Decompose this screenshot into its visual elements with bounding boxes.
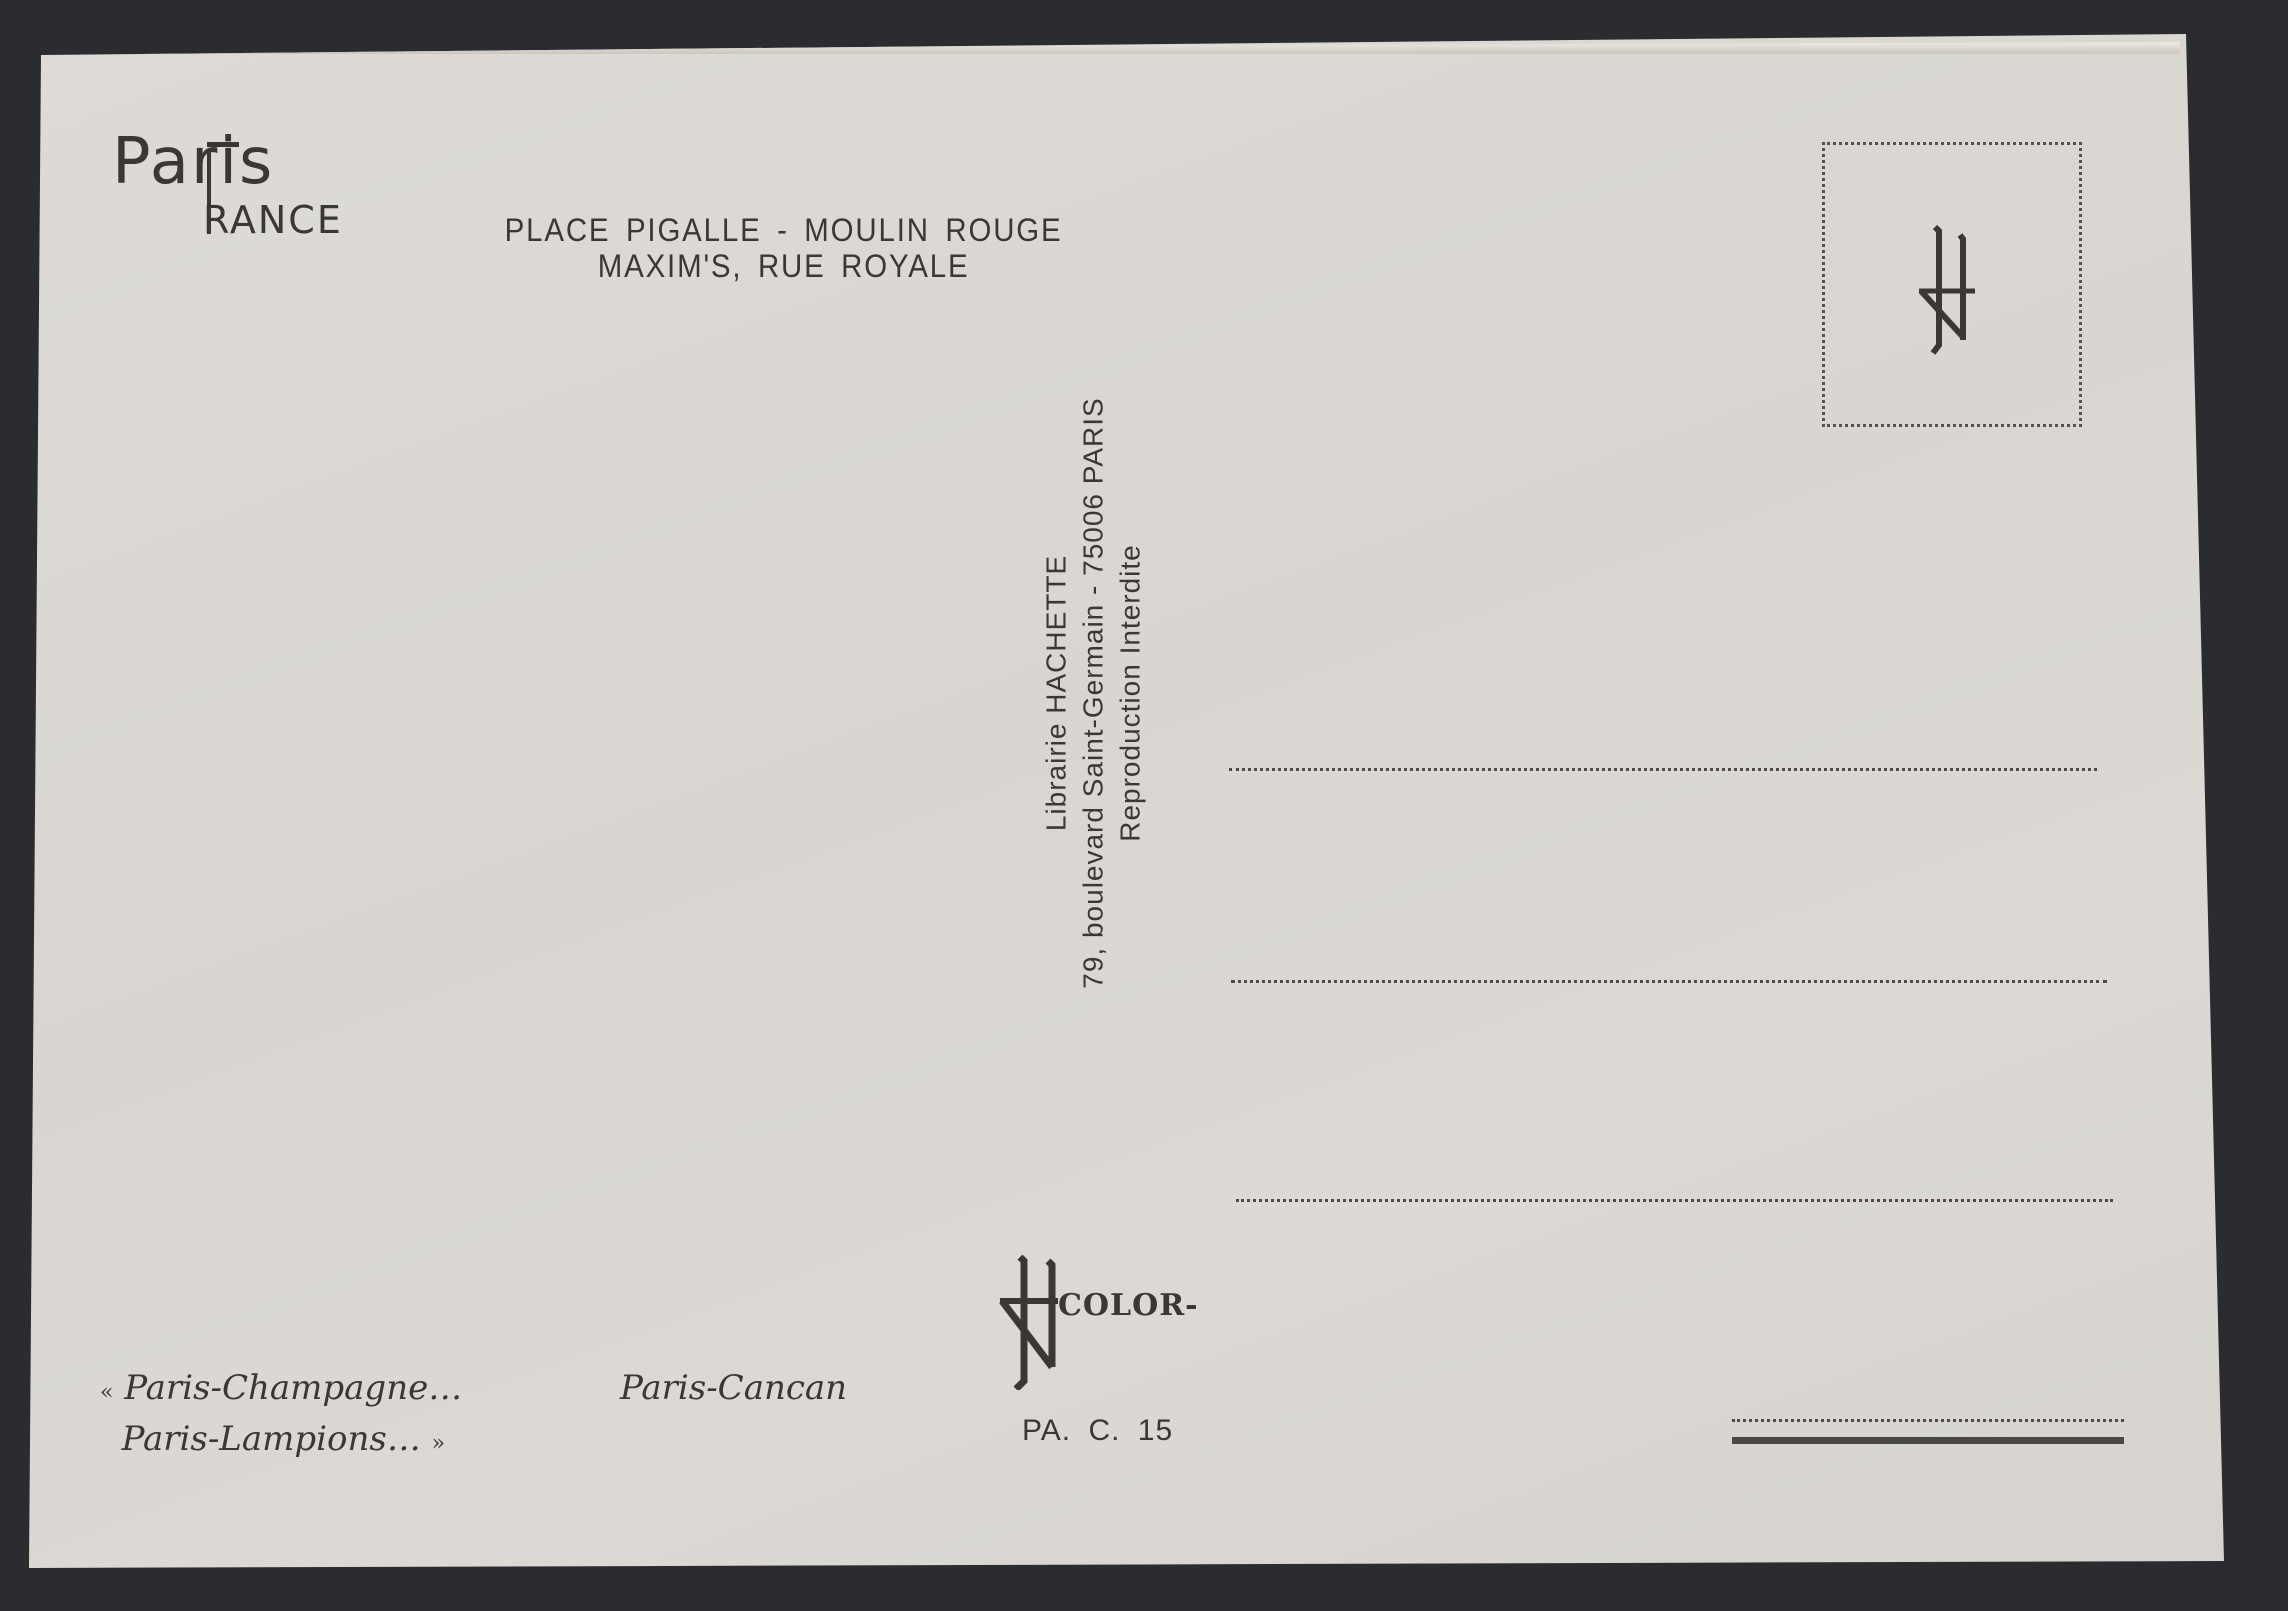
address-line-1 (1229, 768, 2097, 771)
caption-line-1: PLACE PIGALLE - MOULIN ROUGE (480, 212, 1087, 248)
logo-f-bar (207, 142, 239, 147)
card-top-edge (60, 42, 2180, 54)
publisher-info: Librairie HACHETTE 79, boulevard Saint-G… (1038, 397, 1149, 988)
caption-line-2: MAXIM'S, RUE ROYALE (480, 248, 1087, 284)
quote-line-2: Paris-Lampions… (122, 1419, 421, 1459)
hachette-monogram-icon (1915, 225, 1995, 355)
address-line-2 (1231, 980, 2107, 983)
caption: PLACE PIGALLE - MOULIN ROUGE MAXIM'S, RU… (480, 212, 1087, 284)
logo-paris: Paris (112, 130, 274, 194)
brand-logo-text: COLOR- (1058, 1288, 1199, 1323)
publisher-line-2: 79, boulevard Saint-Germain - 75006 PARI… (1075, 397, 1112, 988)
address-underline (1732, 1437, 2124, 1444)
postcard-back: Paris RANCE PLACE PIGALLE - MOULIN ROUGE… (0, 0, 2288, 1611)
logo-france: RANCE (203, 201, 343, 239)
address-line-4 (1732, 1419, 2124, 1422)
close-quote: » (432, 1431, 445, 1456)
quote-right: Paris-Cancan (620, 1365, 847, 1411)
quote-line-1: Paris-Champagne… (124, 1368, 462, 1408)
publisher-line-3: Reproduction Interdite (1112, 397, 1149, 988)
address-line-3 (1236, 1199, 2113, 1202)
quote-block: « Paris-Champagne… Paris-Lampions… » (100, 1365, 462, 1467)
publisher-line-1: Librairie HACHETTE (1038, 397, 1075, 988)
reference-code: PA. C. 15 (1022, 1414, 1173, 1448)
open-quote: « (100, 1380, 113, 1405)
stamp-box (1822, 142, 2082, 427)
